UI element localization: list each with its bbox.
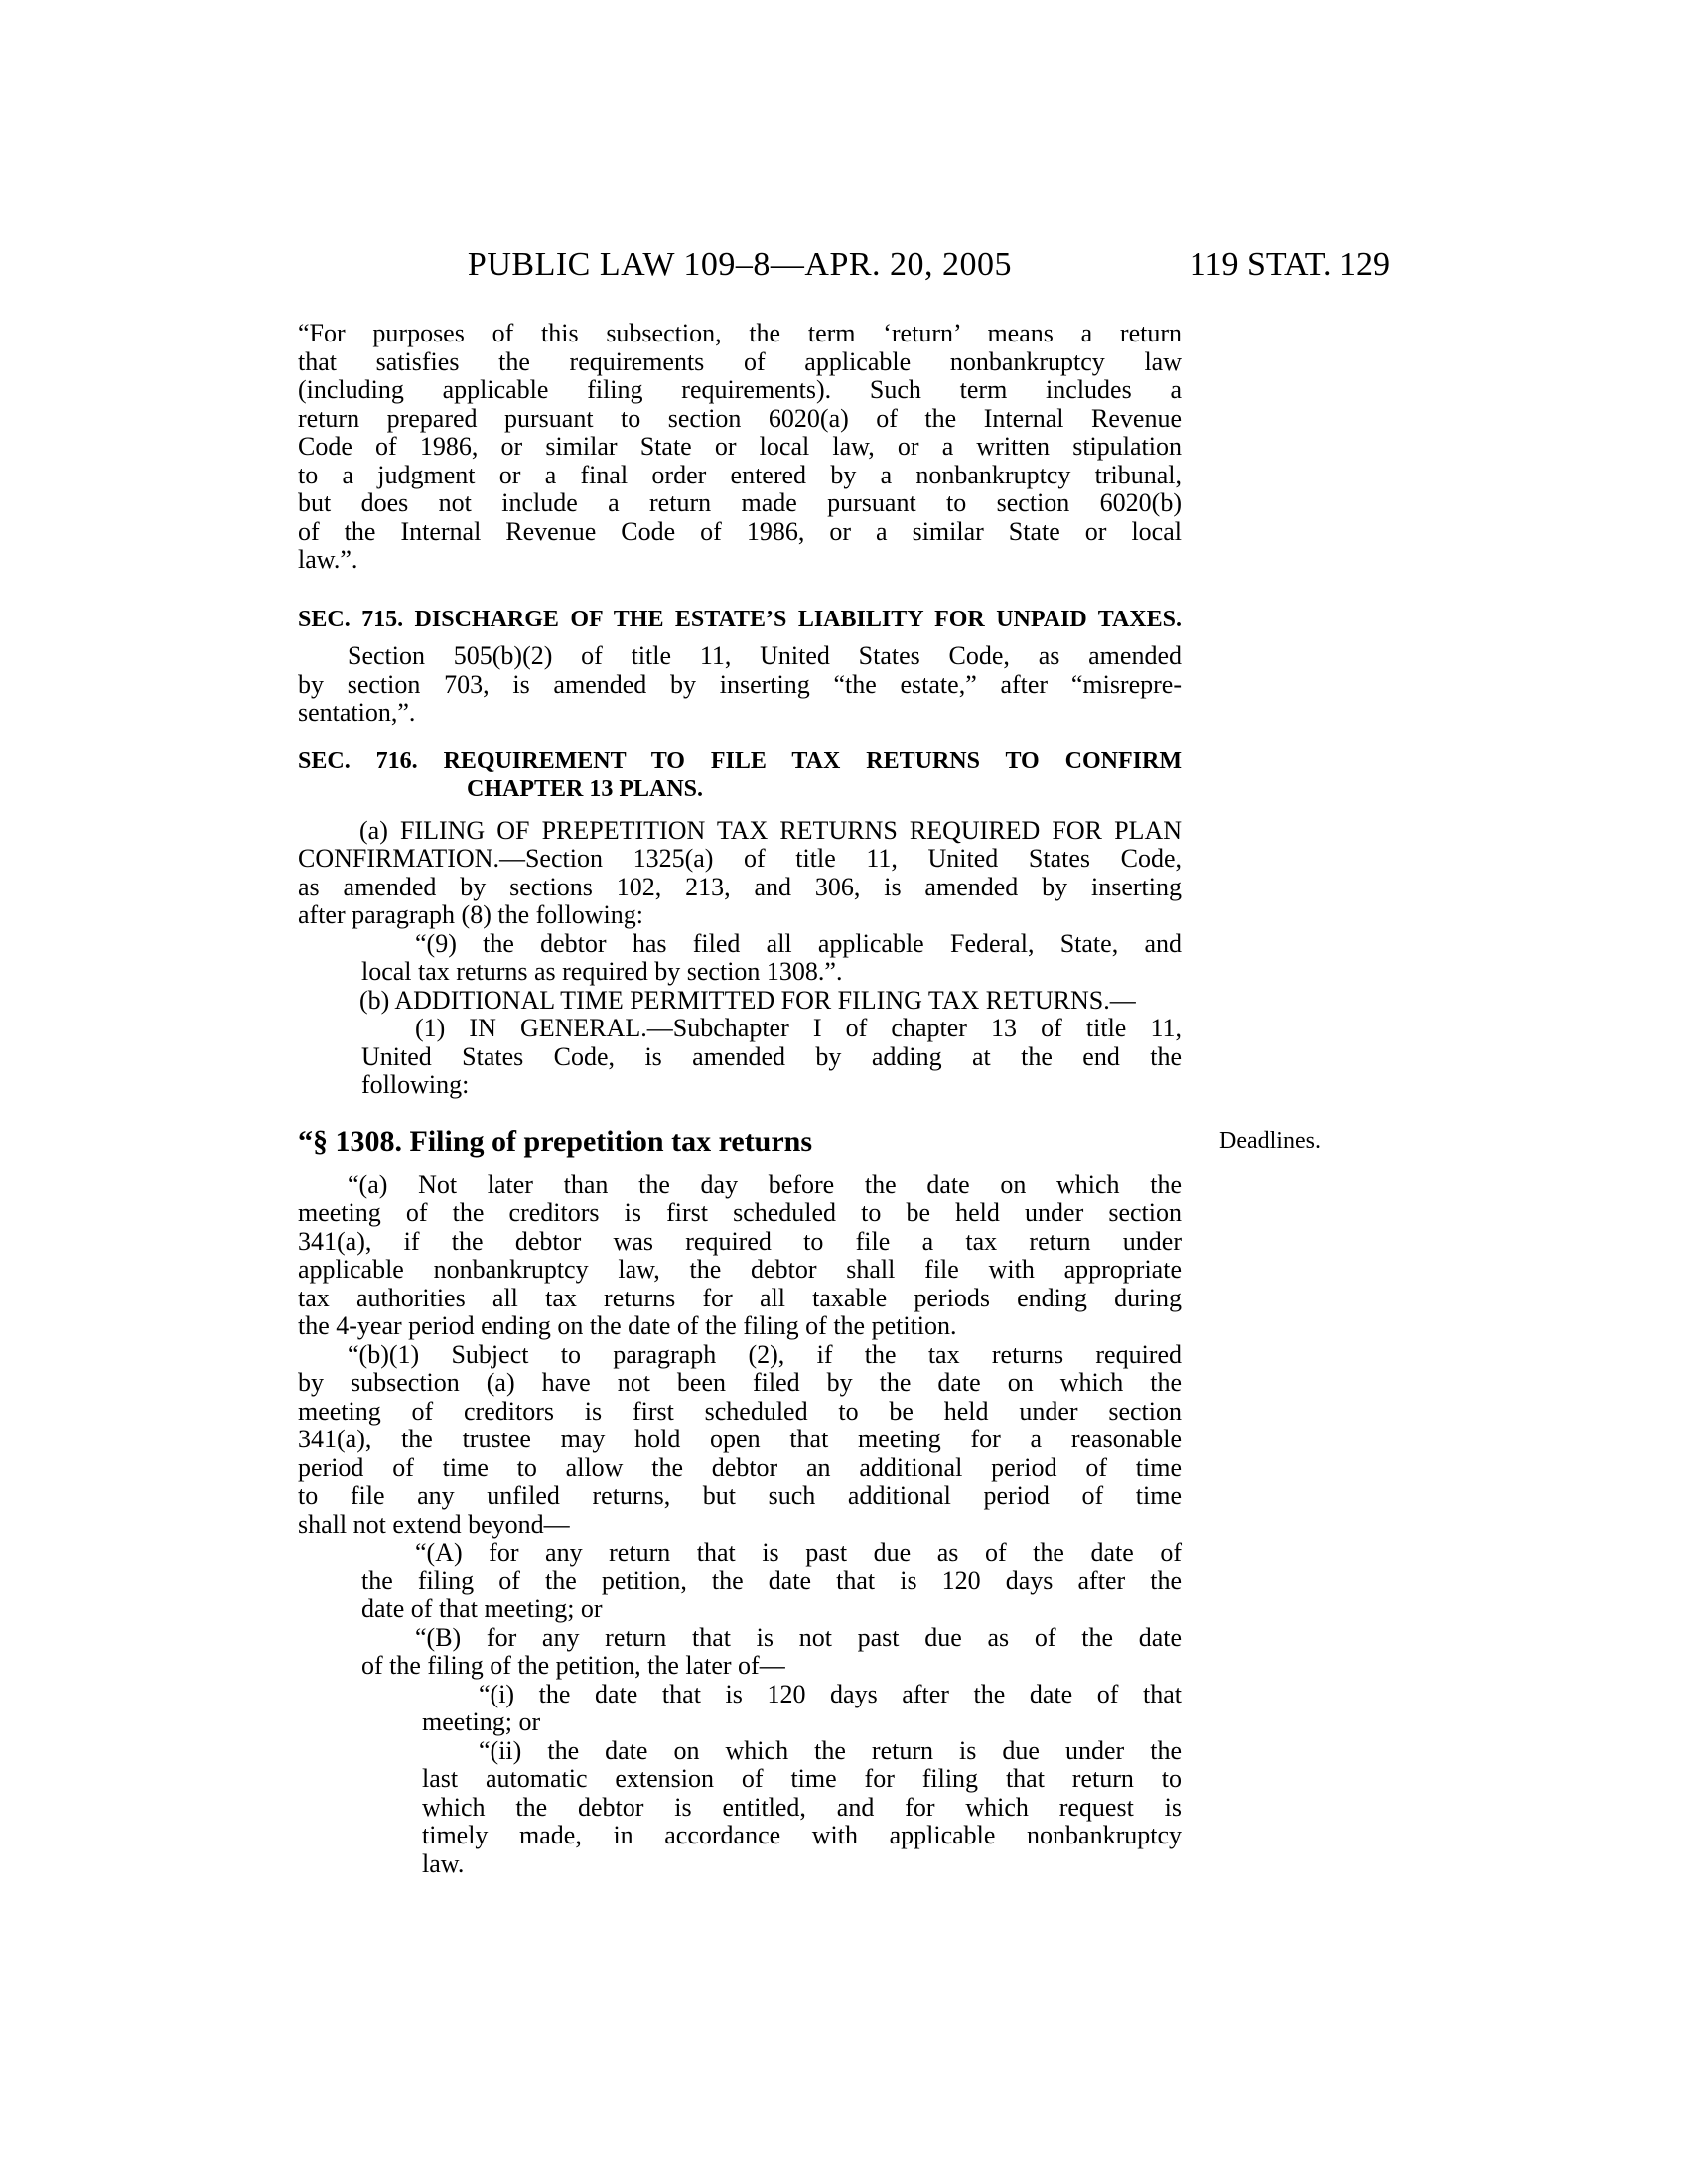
text-line: shall not extend beyond— (298, 1511, 1182, 1540)
text-line: but does not include a return made pursu… (298, 489, 1182, 518)
header-stat-citation: 119 STAT. 129 (1087, 246, 1390, 284)
section-1308-subsection-b1: “(b)(1) Subject to paragraph (2), if the… (298, 1341, 1182, 1540)
section-716-heading-line1: SEC. 716. REQUIREMENT TO FILE TAX RETURN… (298, 748, 1182, 776)
text-line: 341(a), the trustee may hold open that m… (298, 1426, 1182, 1454)
text-line: “(b)(1) Subject to paragraph (2), if the… (298, 1341, 1182, 1370)
text-line: sentation,”. (298, 699, 1182, 728)
intro-paragraph: “For purposes of this subsection, the te… (298, 320, 1182, 575)
text-line: last automatic extension of time for fil… (298, 1765, 1182, 1794)
text-line: “(i) the date that is 120 days after the… (298, 1681, 1182, 1709)
section-715-paragraph: Section 505(b)(2) of title 11, United St… (298, 642, 1182, 728)
text-line: applicable nonbankruptcy law, the debtor… (298, 1256, 1182, 1285)
section-716-subsection-a: (a) FILING OF PREPETITION TAX RETURNS RE… (298, 817, 1182, 930)
text-line: (including applicable filing requirement… (298, 376, 1182, 405)
text-line: that satisfies the requirements of appli… (298, 348, 1182, 377)
text-line: Code of 1986, or similar State or local … (298, 433, 1182, 462)
text-line: “(A) for any return that is past due as … (298, 1539, 1182, 1568)
text-line: (b) ADDITIONAL TIME PERMITTED FOR FILING… (298, 987, 1182, 1016)
section-716-heading: SEC. 716. REQUIREMENT TO FILE TAX RETURN… (298, 748, 1182, 804)
text-line: return prepared pursuant to section 6020… (298, 405, 1182, 434)
text-line: which the debtor is entitled, and for wh… (298, 1794, 1182, 1823)
section-1308-subparagraph-A: “(A) for any return that is past due as … (298, 1539, 1182, 1624)
text-line: as amended by sections 102, 213, and 306… (298, 874, 1182, 902)
text-line: meeting of the creditors is first schedu… (298, 1199, 1182, 1228)
text-line: following: (298, 1071, 1182, 1100)
text-line: tax authorities all tax returns for all … (298, 1285, 1182, 1313)
text-line: the filing of the petition, the date tha… (298, 1568, 1182, 1596)
text-line: after paragraph (8) the following: (298, 901, 1182, 930)
header-law-title: PUBLIC LAW 109–8—APR. 20, 2005 (298, 246, 1182, 284)
text-line: of the Internal Revenue Code of 1986, or… (298, 518, 1182, 547)
section-715-heading: SEC. 715. DISCHARGE OF THE ESTATE’S LIAB… (298, 606, 1182, 634)
text-line: timely made, in accordance with applicab… (298, 1822, 1182, 1850)
section-1308-clause-ii: “(ii) the date on which the return is du… (298, 1737, 1182, 1879)
text-line: “(9) the debtor has filed all applicable… (298, 930, 1182, 959)
text-line: by subsection (a) have not been filed by… (298, 1369, 1182, 1398)
text-line: of the filing of the petition, the later… (298, 1652, 1182, 1681)
section-716-paragraph-9: “(9) the debtor has filed all applicable… (298, 930, 1182, 987)
section-1308-clause-i: “(i) the date that is 120 days after the… (298, 1681, 1182, 1737)
text-line: law. (298, 1850, 1182, 1879)
section-716-subsection-b: (b) ADDITIONAL TIME PERMITTED FOR FILING… (298, 987, 1182, 1016)
text-line: to a judgment or a final order entered b… (298, 462, 1182, 490)
text-line: 341(a), if the debtor was required to fi… (298, 1228, 1182, 1257)
section-715: SEC. 715. DISCHARGE OF THE ESTATE’S LIAB… (298, 606, 1182, 634)
section-716-paragraph-1: (1) IN GENERAL.—Subchapter I of chapter … (298, 1015, 1182, 1100)
body-column: “For purposes of this subsection, the te… (298, 320, 1182, 1878)
text-line: the 4-year period ending on the date of … (298, 1312, 1182, 1341)
text-line: United States Code, is amended by adding… (298, 1043, 1182, 1072)
text-line: law.”. (298, 546, 1182, 575)
text-line: (1) IN GENERAL.—Subchapter I of chapter … (298, 1015, 1182, 1043)
text-line: meeting of creditors is first scheduled … (298, 1398, 1182, 1427)
text-line: period of time to allow the debtor an ad… (298, 1454, 1182, 1483)
section-716-heading-line2: CHAPTER 13 PLANS. (298, 775, 1182, 804)
text-line: local tax returns as required by section… (298, 958, 1182, 987)
text-line: to file any unfiled returns, but such ad… (298, 1482, 1182, 1511)
text-line: “(ii) the date on which the return is du… (298, 1737, 1182, 1766)
text-line: “(B) for any return that is not past due… (298, 1624, 1182, 1653)
text-line: CONFIRMATION.—Section 1325(a) of title 1… (298, 845, 1182, 874)
section-1308-heading: “§ 1308. Filing of prepetition tax retur… (298, 1125, 1182, 1159)
text-line: (a) FILING OF PREPETITION TAX RETURNS RE… (298, 817, 1182, 846)
section-1308-subparagraph-B: “(B) for any return that is not past due… (298, 1624, 1182, 1681)
text-line: “(a) Not later than the day before the d… (298, 1171, 1182, 1200)
text-line: “For purposes of this subsection, the te… (298, 320, 1182, 348)
text-line: Section 505(b)(2) of title 11, United St… (298, 642, 1182, 671)
text-line: date of that meeting; or (298, 1595, 1182, 1624)
margin-note-deadlines: Deadlines. (1219, 1128, 1321, 1155)
text-line: meeting; or (298, 1708, 1182, 1737)
section-1308-subsection-a: “(a) Not later than the day before the d… (298, 1171, 1182, 1341)
document-page: PUBLIC LAW 109–8—APR. 20, 2005 119 STAT.… (0, 0, 1688, 2184)
text-line: by section 703, is amended by inserting … (298, 671, 1182, 700)
